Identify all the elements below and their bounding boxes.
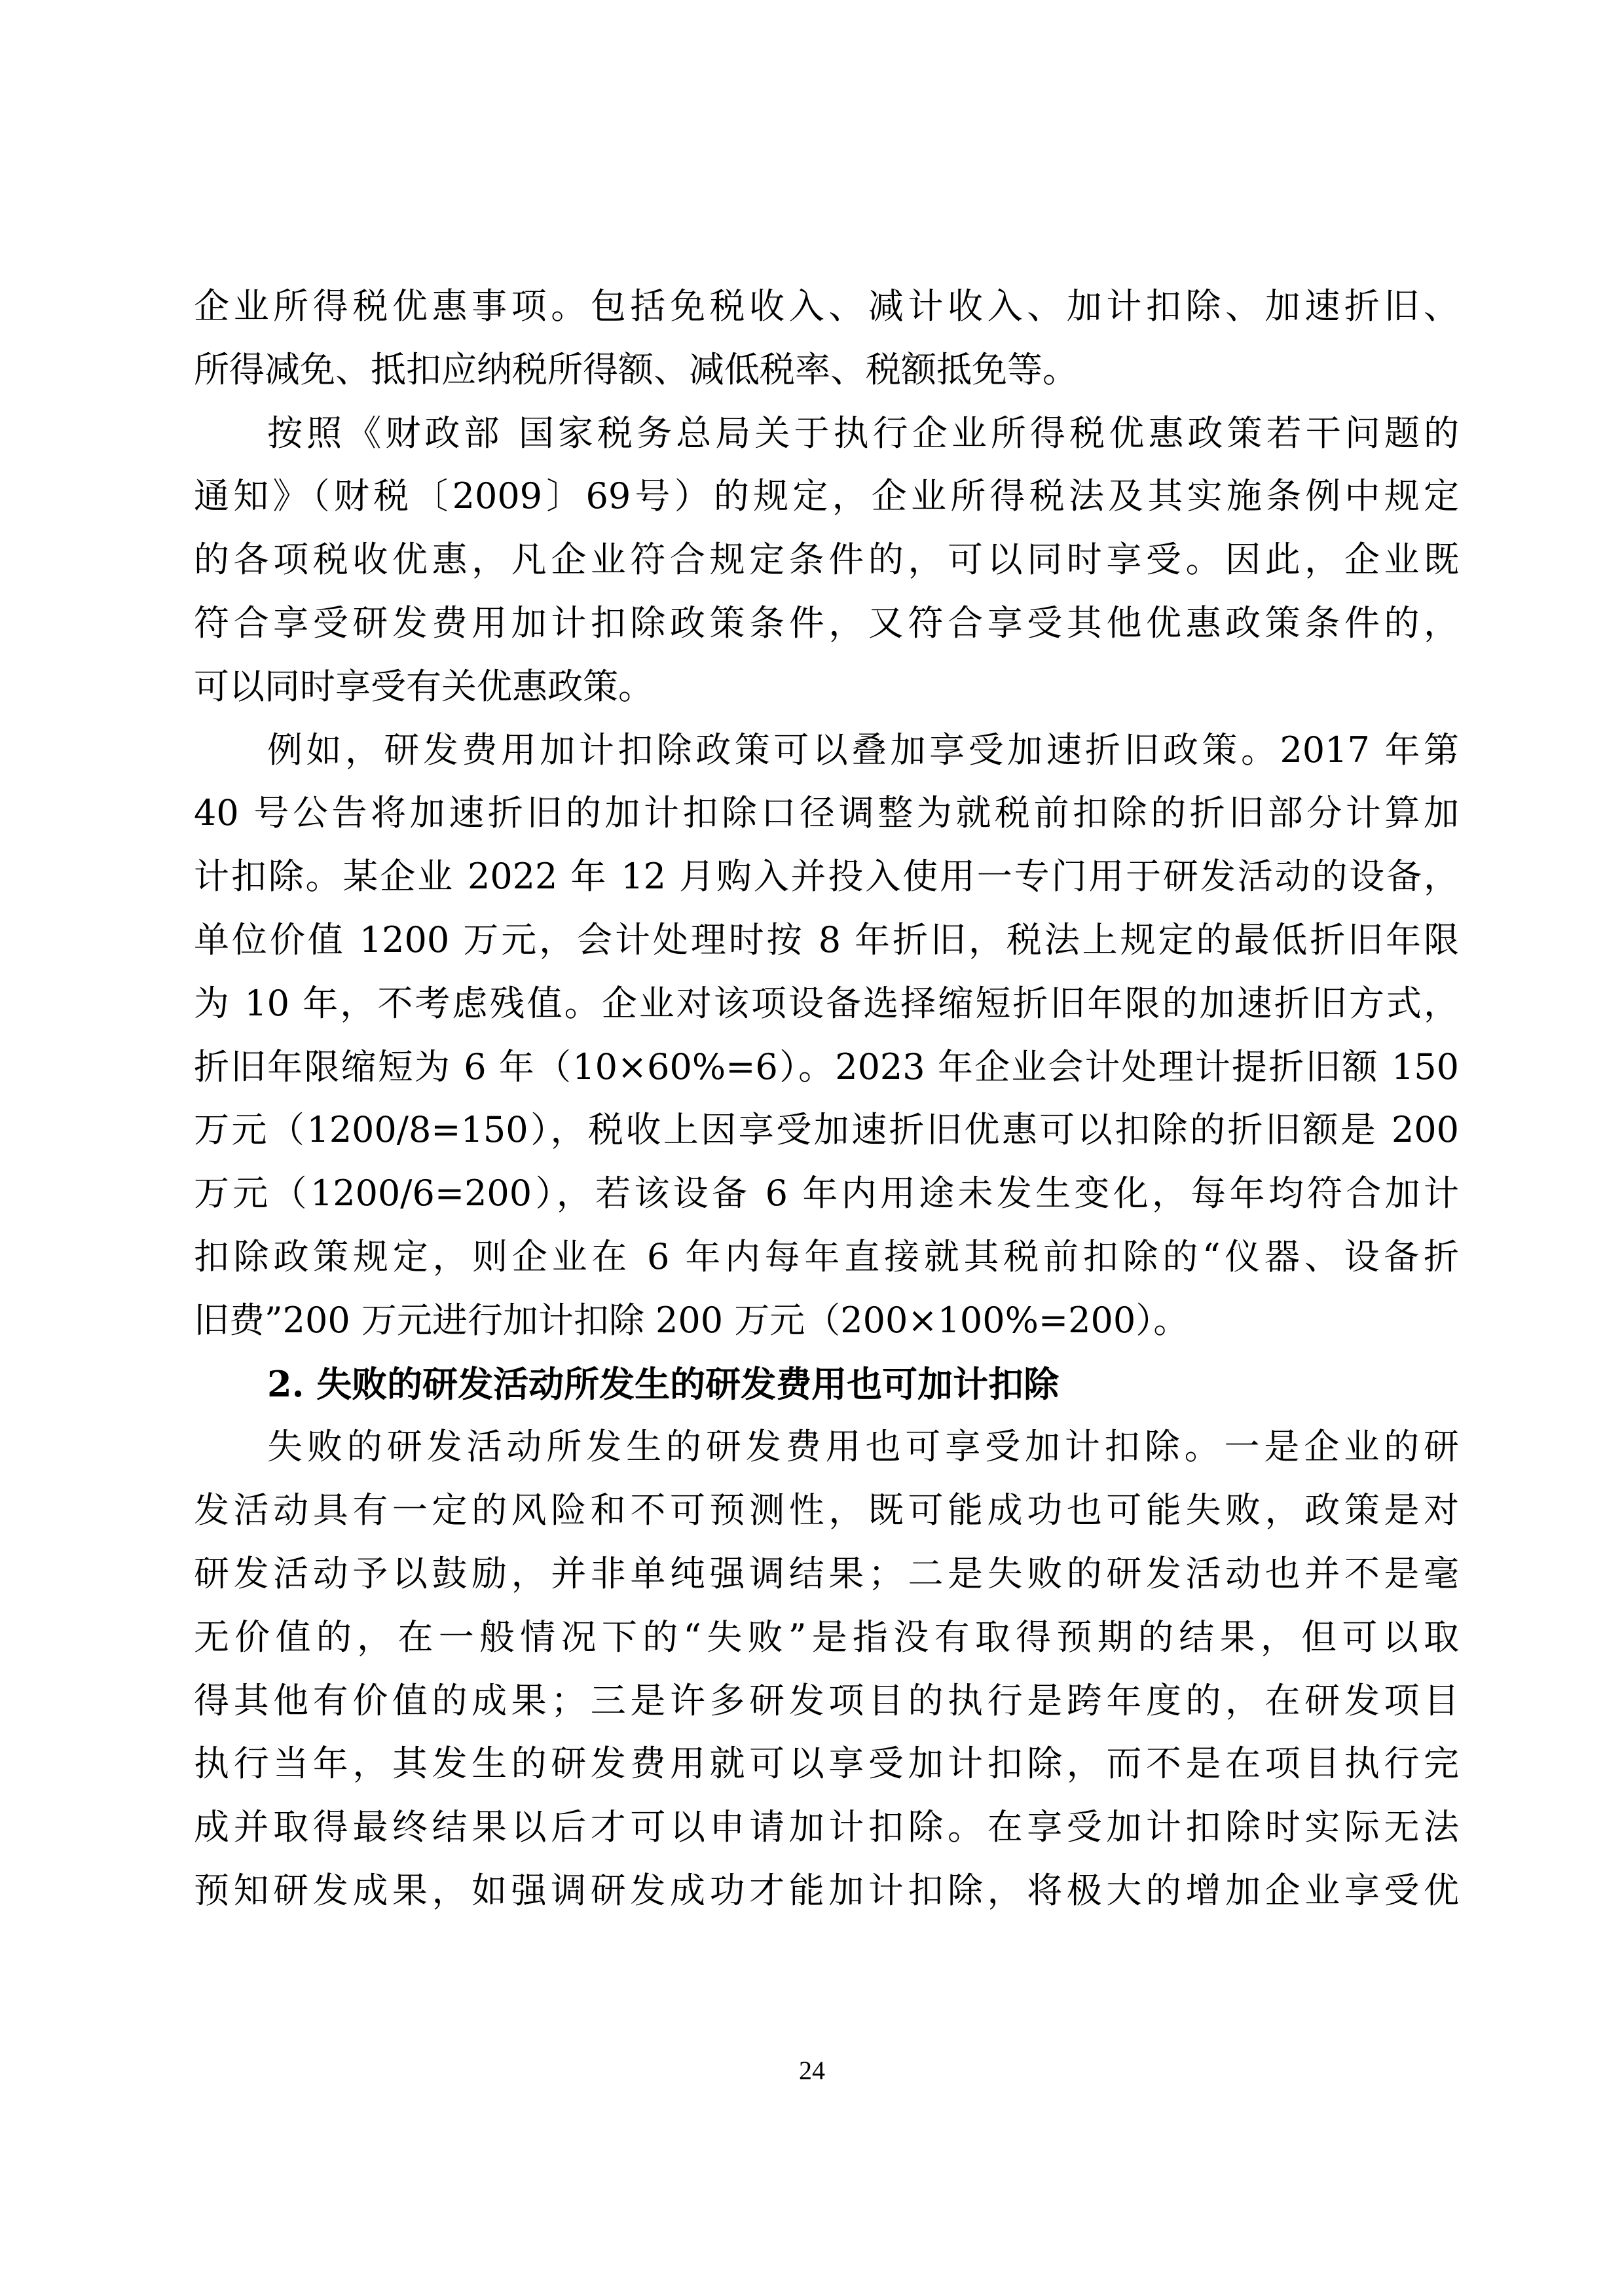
text-line: 通知》（财税〔2009〕69号）的规定，企业所得税法及其实施条例中规定 bbox=[194, 465, 1459, 528]
text-line: 执行当年，其发生的研发费用就可以享受加计扣除，而不是在项目执行完 bbox=[194, 1732, 1459, 1796]
text-line: 发活动具有一定的风险和不可预测性，既可能成功也可能失败，政策是对 bbox=[194, 1479, 1459, 1542]
text-line: 所得减免、抵扣应纳税所得额、减低税率、税额抵免等。 bbox=[194, 338, 1459, 402]
text-line: 万元（1200/8=150），税收上因享受加速折旧优惠可以扣除的折旧额是 200 bbox=[194, 1099, 1459, 1162]
text-line: 例如，研发费用加计扣除政策可以叠加享受加速折旧政策。2017 年第 bbox=[194, 719, 1459, 782]
text-line: 折旧年限缩短为 6 年（10×60%=6）。2023 年企业会计处理计提折旧额 … bbox=[194, 1036, 1459, 1099]
text-line: 研发活动予以鼓励，并非单纯强调结果；二是失败的研发活动也并不是毫 bbox=[194, 1542, 1459, 1606]
text-line: 符合享受研发费用加计扣除政策条件，又符合享受其他优惠政策条件的， bbox=[194, 592, 1459, 655]
text-line: 企业所得税优惠事项。包括免税收入、减计收入、加计扣除、加速折旧、 bbox=[194, 275, 1459, 338]
text-line: 单位价值 1200 万元，会计处理时按 8 年折旧，税法上规定的最低折旧年限 bbox=[194, 909, 1459, 972]
text-line: 无价值的，在一般情况下的“失败”是指没有取得预期的结果，但可以取 bbox=[194, 1606, 1459, 1669]
text-line: 预知研发成果，如强调研发成功才能加计扣除，将极大的增加企业享受优 bbox=[194, 1859, 1459, 1923]
text-line: 的各项税收优惠，凡企业符合规定条件的，可以同时享受。因此，企业既 bbox=[194, 528, 1459, 592]
text-line: 万元（1200/6=200），若该设备 6 年内用途未发生变化，每年均符合加计 bbox=[194, 1162, 1459, 1226]
text-line: 可以同时享受有关优惠政策。 bbox=[194, 655, 1459, 719]
text-line: 得其他有价值的成果；三是许多研发项目的执行是跨年度的，在研发项目 bbox=[194, 1669, 1459, 1733]
text-line: 为 10 年，不考虑残值。企业对该项设备选择缩短折旧年限的加速折旧方式， bbox=[194, 972, 1459, 1036]
body-text: 企业所得税优惠事项。包括免税收入、减计收入、加计扣除、加速折旧、 所得减免、抵扣… bbox=[194, 275, 1459, 1923]
text-line: 成并取得最终结果以后才可以申请加计扣除。在享受加计扣除时实际无法 bbox=[194, 1796, 1459, 1859]
text-line: 计扣除。某企业 2022 年 12 月购入并投入使用一专门用于研发活动的设备， bbox=[194, 845, 1459, 909]
section-heading: 2. 失败的研发活动所发生的研发费用也可加计扣除 bbox=[194, 1353, 1459, 1416]
text-line: 按照《财政部 国家税务总局关于执行企业所得税优惠政策若干问题的 bbox=[194, 402, 1459, 465]
page-number: 24 bbox=[0, 2054, 1624, 2087]
text-line: 旧费”200 万元进行加计扣除 200 万元（200×100%=200）。 bbox=[194, 1289, 1459, 1353]
text-line: 40 号公告将加速折旧的加计扣除口径调整为就税前扣除的折旧部分计算加 bbox=[194, 782, 1459, 845]
document-page: 企业所得税优惠事项。包括免税收入、减计收入、加计扣除、加速折旧、 所得减免、抵扣… bbox=[0, 0, 1624, 2296]
text-line: 失败的研发活动所发生的研发费用也可享受加计扣除。一是企业的研 bbox=[194, 1415, 1459, 1479]
text-line: 扣除政策规定，则企业在 6 年内每年直接就其税前扣除的“仪器、设备折 bbox=[194, 1226, 1459, 1289]
